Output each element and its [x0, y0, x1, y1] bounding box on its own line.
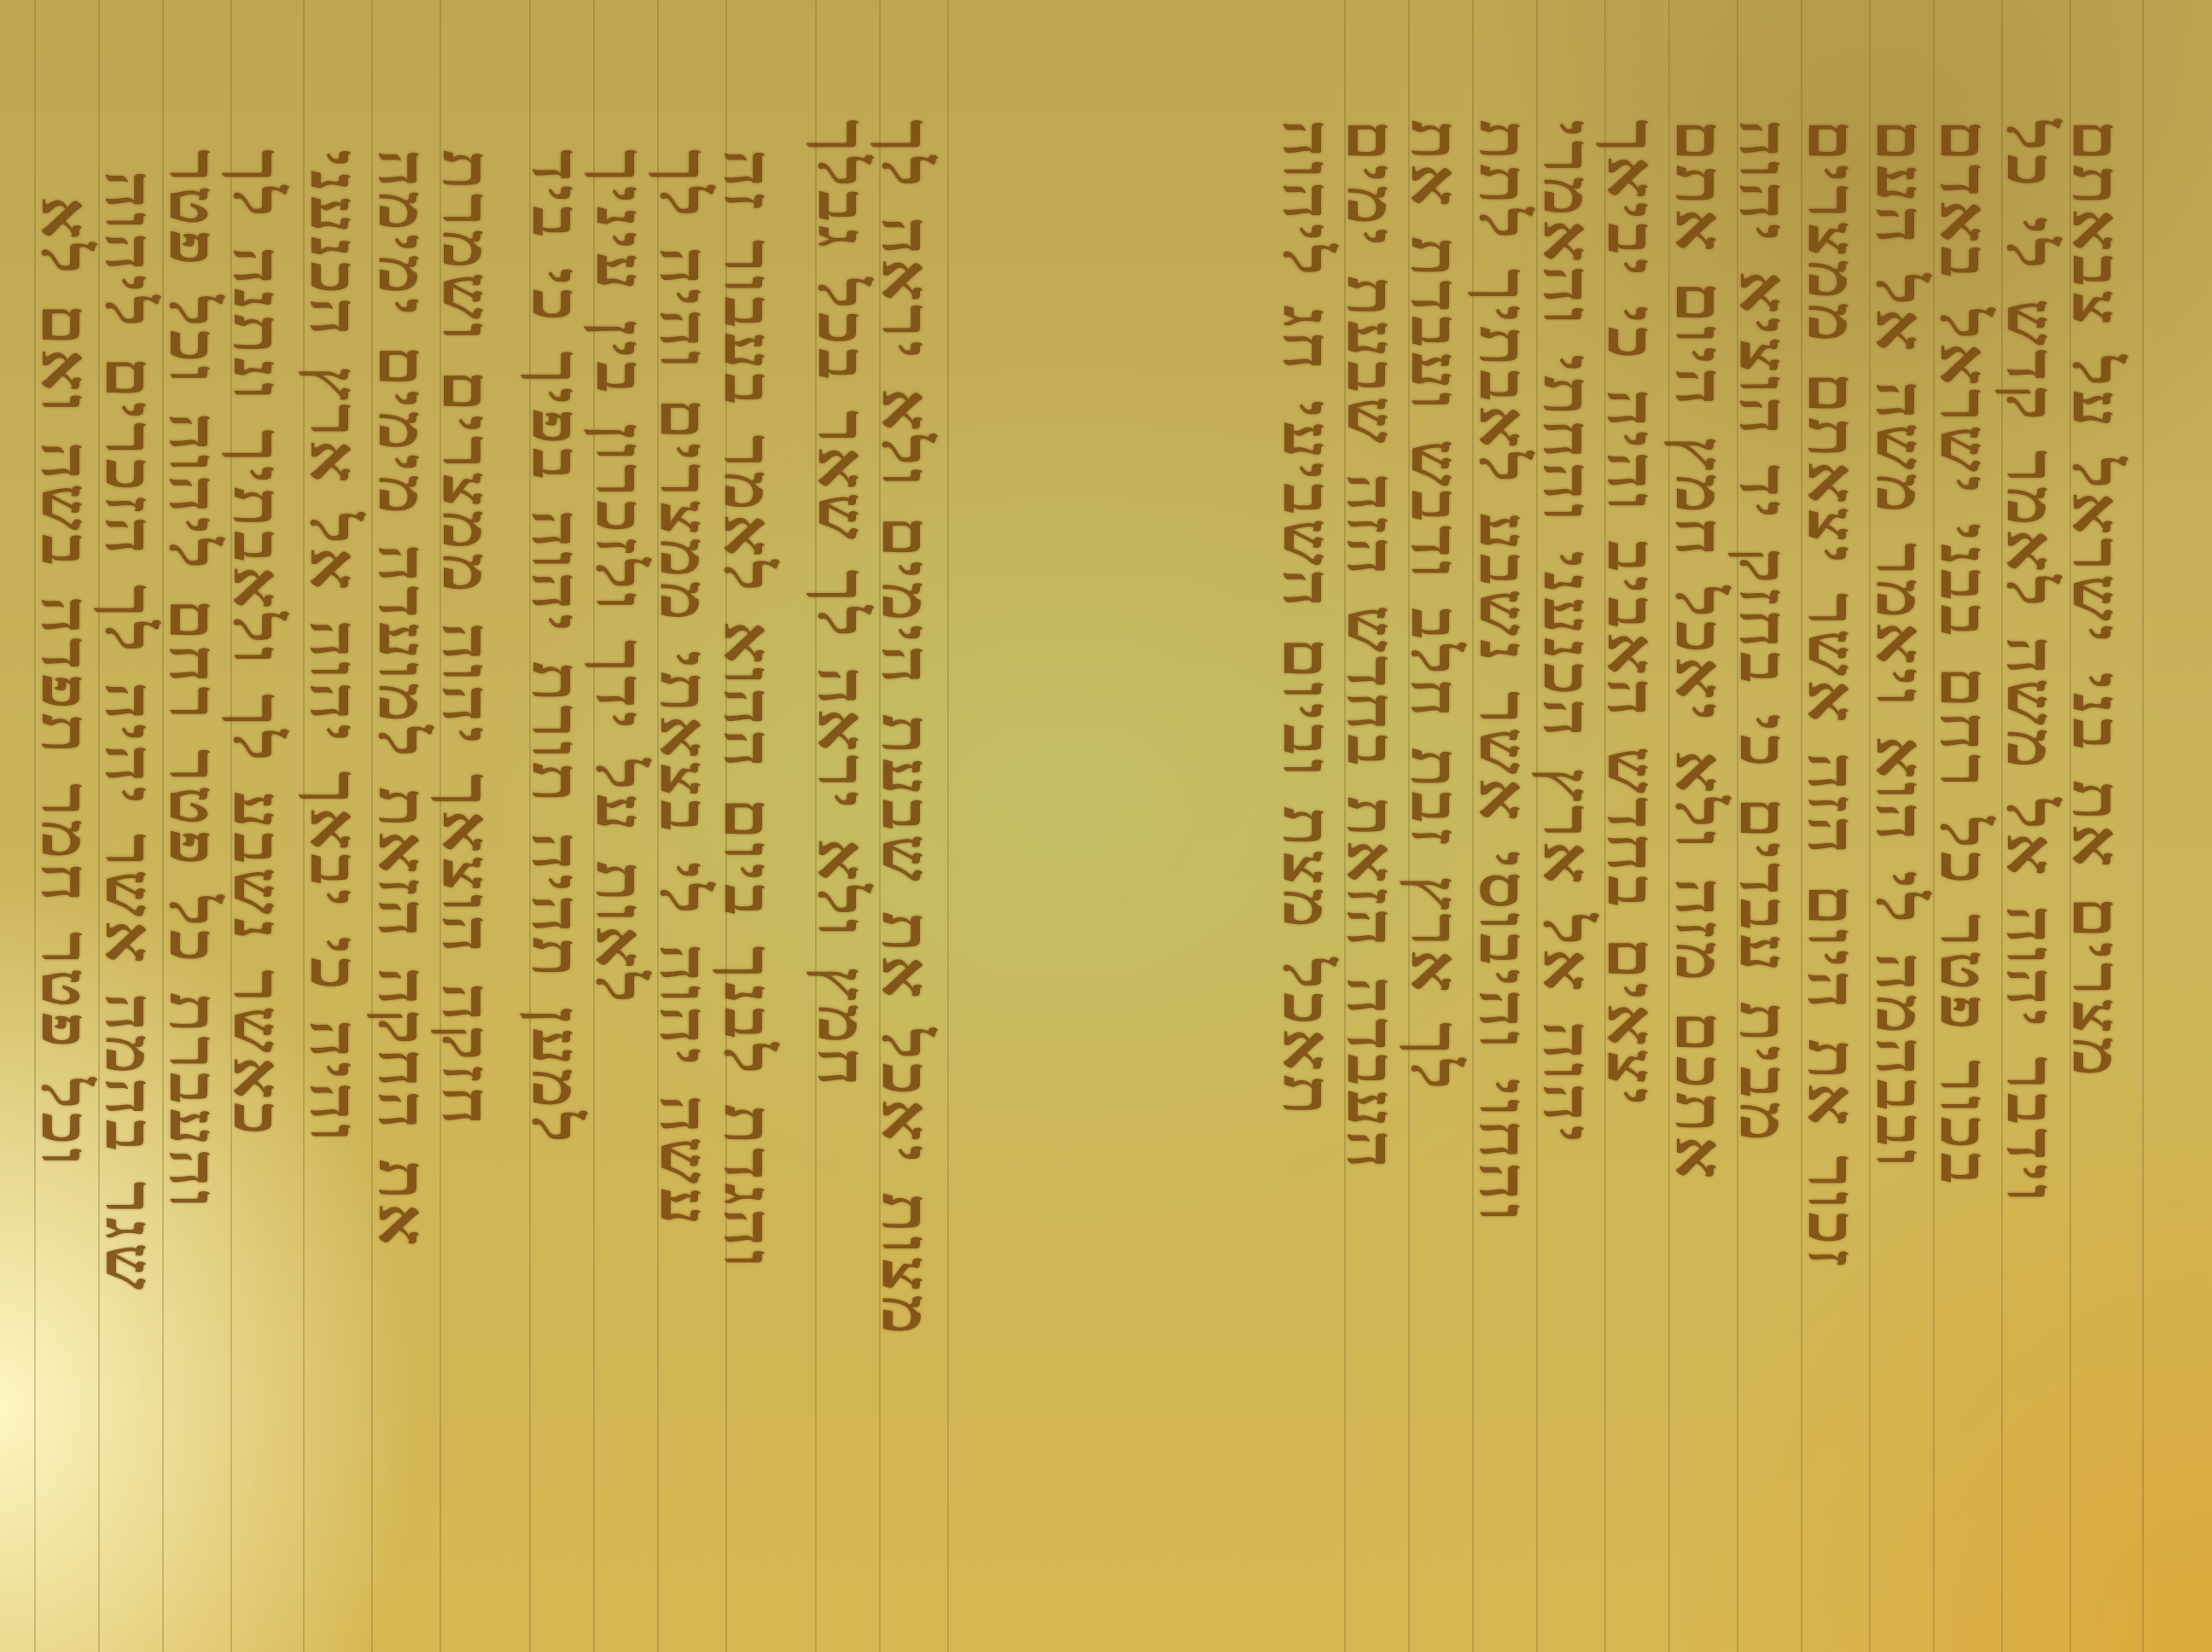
manuscript-line-text: מצות יאכל את שבעת הימים ולא יראה לך [872, 119, 939, 1338]
manuscript-line: וכל פטר חמר תפדה בשה ואם לא [98, 196, 99, 197]
manuscript-line: כאשר נשבע לך ולאבתיך ונתנה לך [290, 149, 291, 150]
manuscript-line: לך ארץ זבת חלב ודבש ועבדת את [1468, 119, 1469, 120]
ruling-line [947, 0, 949, 1652]
manuscript-line-text: בכור פטר כל רחם בבני ישראל באדם [1930, 119, 1997, 1188]
manuscript-line: למען תהיה תורת יהוה בפיך כי ביד [589, 149, 590, 150]
manuscript-line: יצאים בחדש האביב והיה כי יביאך [1664, 119, 1665, 120]
manuscript-line-text: כאשר נשבע לך ולאבתיך ונתנה לך [224, 149, 290, 1138]
manuscript-line-text: לאות על ידך ולזכרון בין עיניך [586, 149, 653, 1006]
manuscript-line-text: יהוה אל ארץ הכנעני והחתי והאמרי [1534, 119, 1600, 1146]
manuscript-line-text: והגדת לבנך ביום ההוא לאמר בעבור זה [714, 149, 781, 1271]
manuscript-line: והחוי והיבוסי אשר נשבע לאבתיך לתת [1536, 119, 1537, 120]
manuscript-line: מבית עבדים כי בחזק יד הוציא יהוה [1796, 119, 1797, 120]
manuscript-line-text: וידבר יהוה אל משה לאמר קדש לי כל [1997, 119, 2064, 1205]
manuscript-line: והגדת לבנך ביום ההוא לאמר בעבור זה [781, 149, 782, 150]
manuscript-line-text: יצאים בחדש האביב והיה כי יביאך [1598, 119, 1664, 1108]
manuscript-line-text: זכור את היום הזה אשר יצאתם ממצרים [1798, 119, 1865, 1270]
manuscript-line: לאות על ידך ולזכרון בין עיניך [653, 149, 654, 150]
manuscript-line-text: והעברת כל פטר רחם ליהוה וכל פטר [160, 149, 226, 1211]
manuscript-line: את החקה הזאת למועדה מימים ימימה [435, 149, 436, 150]
manuscript-line-text: לך ארץ זבת חלב ודבש ועבדת את [1401, 119, 1468, 1093]
manuscript-line: מצות יאכל את שבעת הימים ולא יראה לך [939, 119, 940, 120]
manuscript-line-text: עשה יהוה לי בצאתי ממצרים והיה לך [650, 149, 717, 1229]
manuscript-line: בכור פטר כל רחם בבני ישראל באדם [1997, 119, 1998, 120]
manuscript-line: שגר בהמה אשר יהיה לך הזכרים ליהוה [162, 171, 163, 172]
manuscript-line: חמץ ולא יראה לך שאר בכל גבלך [875, 119, 876, 120]
manuscript-line-text: תאכל מצת וביום השביעי חג ליהוה [1273, 119, 1340, 1119]
manuscript-line-text: העבדה הזאת בחדש הזה שבעת ימים [1337, 119, 1404, 1172]
manuscript-line: מצרים את בני ישראל על צבאתם [2129, 119, 2130, 120]
manuscript-line: עשה יהוה לי בצאתי ממצרים והיה לך [717, 149, 718, 150]
manuscript-line-text: למען תהיה תורת יהוה בפיך כי ביד [522, 149, 589, 1146]
manuscript-line: וידבר יהוה אל משה לאמר קדש לי כל [2064, 119, 2064, 120]
manuscript-line-text: אתכם מזה ולא יאכל חמץ היום אתם [1666, 119, 1732, 1182]
manuscript-line: אתכם מזה ולא יאכל חמץ היום אתם [1732, 119, 1733, 120]
manuscript-line: זכור את היום הזה אשר יצאתם ממצרים [1865, 119, 1866, 120]
manuscript-line-text: והיה כי יבאך יהוה אל ארץ הכנעני [300, 149, 367, 1144]
manuscript-line-text: מצרים את בני ישראל על צבאתם [2063, 119, 2129, 1079]
manuscript-line: תאכל מצת וביום השביעי חג ליהוה [1340, 119, 1341, 120]
manuscript-line-text: מבית עבדים כי בחזק יד הוציא יהוה [1730, 119, 1796, 1144]
manuscript-line-text: חזקה הוצאך יהוה ממצרים ושמרת [433, 149, 499, 1128]
manuscript-line: חזקה הוצאך יהוה ממצרים ושמרת [499, 149, 500, 150]
manuscript-line-text: שגר בהמה אשר יהיה לך הזכרים ליהוה [96, 171, 162, 1294]
manuscript-line: והעברת כל פטר רחם ליהוה וכל פטר [226, 149, 227, 150]
manuscript-line-text: ובבהמה לי הוא ויאמר משה אל העם [1866, 119, 1933, 1171]
manuscript-line-text: חמץ ולא יראה לך שאר בכל גבלך [808, 119, 875, 1090]
manuscript-line: ובבהמה לי הוא ויאמר משה אל העם [1933, 119, 1934, 120]
manuscript-line: העבדה הזאת בחדש הזה שבעת ימים [1404, 119, 1405, 120]
manuscript-line: והיה כי יבאך יהוה אל ארץ הכנעני [367, 149, 368, 150]
ruling-line [2142, 0, 2144, 1652]
manuscript-line: יהוה אל ארץ הכנעני והחתי והאמרי [1600, 119, 1601, 120]
manuscript-line-text: את החקה הזאת למועדה מימים ימימה [369, 149, 435, 1249]
manuscript-line-text: וכל פטר חמר תפדה בשה ואם לא [32, 196, 98, 1168]
manuscript-line-text: והחוי והיבוסי אשר נשבע לאבתיך לתת [1470, 119, 1536, 1224]
